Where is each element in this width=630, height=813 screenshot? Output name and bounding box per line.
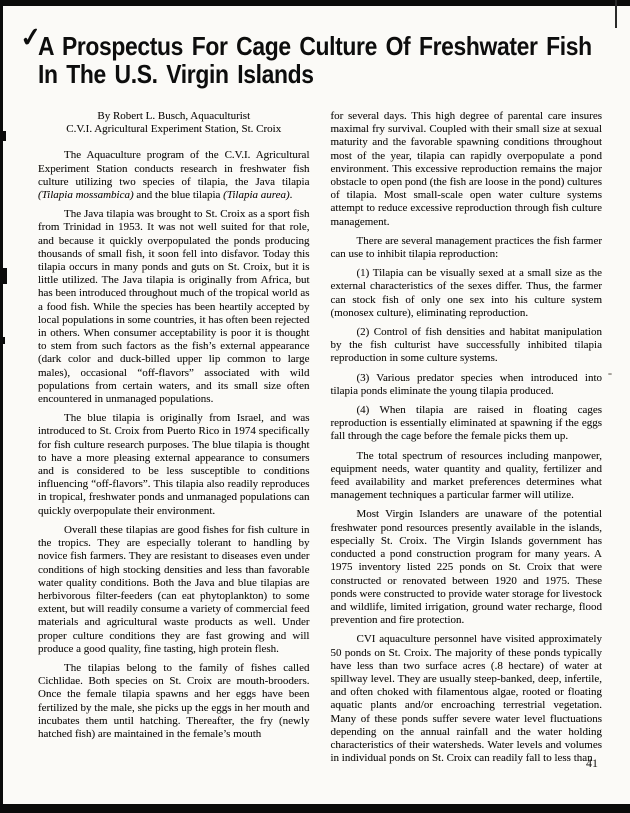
byline-author: By Robert L. Busch, Aquaculturist [38, 110, 310, 123]
text-run: CVI aquaculture personnel have visited a… [331, 633, 603, 764]
byline-affiliation: C.V.I. Agricultural Experiment Station, … [38, 123, 310, 136]
article-title: A Prospectus For Cage Culture Of Freshwa… [38, 32, 604, 88]
text-run: There are several management practices t… [331, 235, 603, 260]
text-run: . [290, 189, 293, 201]
title-line-2: In The U.S. Virgin Islands [38, 59, 314, 89]
text-run: and the blue tilapia [134, 189, 224, 201]
title-line-1: A Prospectus For Cage Culture Of Freshwa… [38, 31, 592, 61]
paragraph: Overall these tilapias are good fishes f… [38, 524, 310, 656]
left-paragraphs: The Aquaculture program of the C.V.I. Ag… [38, 149, 310, 741]
page-number: 41 [586, 756, 598, 771]
right-column: for several days. This high degree of pa… [331, 110, 603, 771]
paragraph: The blue tilapia is originally from Isra… [38, 412, 310, 518]
paragraph: (2) Control of fish densities and habita… [331, 326, 603, 366]
text-run: The Java tilapia was brought to St. Croi… [38, 208, 310, 405]
text-run: for several days. This high degree of pa… [331, 110, 603, 228]
paragraph: The tilapias belong to the family of fis… [38, 662, 310, 741]
two-column-body: By Robert L. Busch, Aquaculturist C.V.I.… [38, 110, 602, 771]
text-run: The total spectrum of resources includin… [331, 450, 603, 502]
text-run: The tilapias belong to the family of fis… [38, 662, 310, 740]
species-name: (Tilapia aurea) [223, 189, 290, 201]
text-run: (4) When tilapia are raised in floating … [331, 404, 603, 442]
paragraph: (3) Various predator species when introd… [331, 372, 603, 398]
text-run: Most Virgin Islanders are unaware of the… [331, 508, 603, 626]
page-content: ✓ A Prospectus For Cage Culture Of Fresh… [0, 0, 630, 813]
paragraph: for several days. This high degree of pa… [331, 110, 603, 229]
text-run: Overall these tilapias are good fishes f… [38, 524, 310, 655]
scanned-page: ✓ A Prospectus For Cage Culture Of Fresh… [0, 0, 630, 813]
left-column: By Robert L. Busch, Aquaculturist C.V.I.… [38, 110, 310, 771]
paragraph: The Aquaculture program of the C.V.I. Ag… [38, 149, 310, 202]
paragraph: There are several management practices t… [331, 235, 603, 261]
species-name: (Tilapia mossambica) [38, 189, 134, 201]
title-block: ✓ A Prospectus For Cage Culture Of Fresh… [38, 32, 602, 88]
text-run: (3) Various predator species when introd… [331, 372, 603, 397]
text-run: The Aquaculture program of the C.V.I. Ag… [38, 149, 310, 187]
paragraph: The total spectrum of resources includin… [331, 450, 603, 503]
paragraph: (4) When tilapia are raised in floating … [331, 404, 603, 444]
text-run: (1) Tilapia can be visually sexed at a s… [331, 267, 603, 319]
paragraph: Most Virgin Islanders are unaware of the… [331, 508, 603, 627]
text-run: The blue tilapia is originally from Isra… [38, 412, 310, 516]
text-run: (2) Control of fish densities and habita… [331, 326, 603, 364]
paragraph: (1) Tilapia can be visually sexed at a s… [331, 267, 603, 320]
paragraph: The Java tilapia was brought to St. Croi… [38, 208, 310, 406]
byline: By Robert L. Busch, Aquaculturist C.V.I.… [38, 110, 310, 136]
paragraph: CVI aquaculture personnel have visited a… [331, 633, 603, 765]
